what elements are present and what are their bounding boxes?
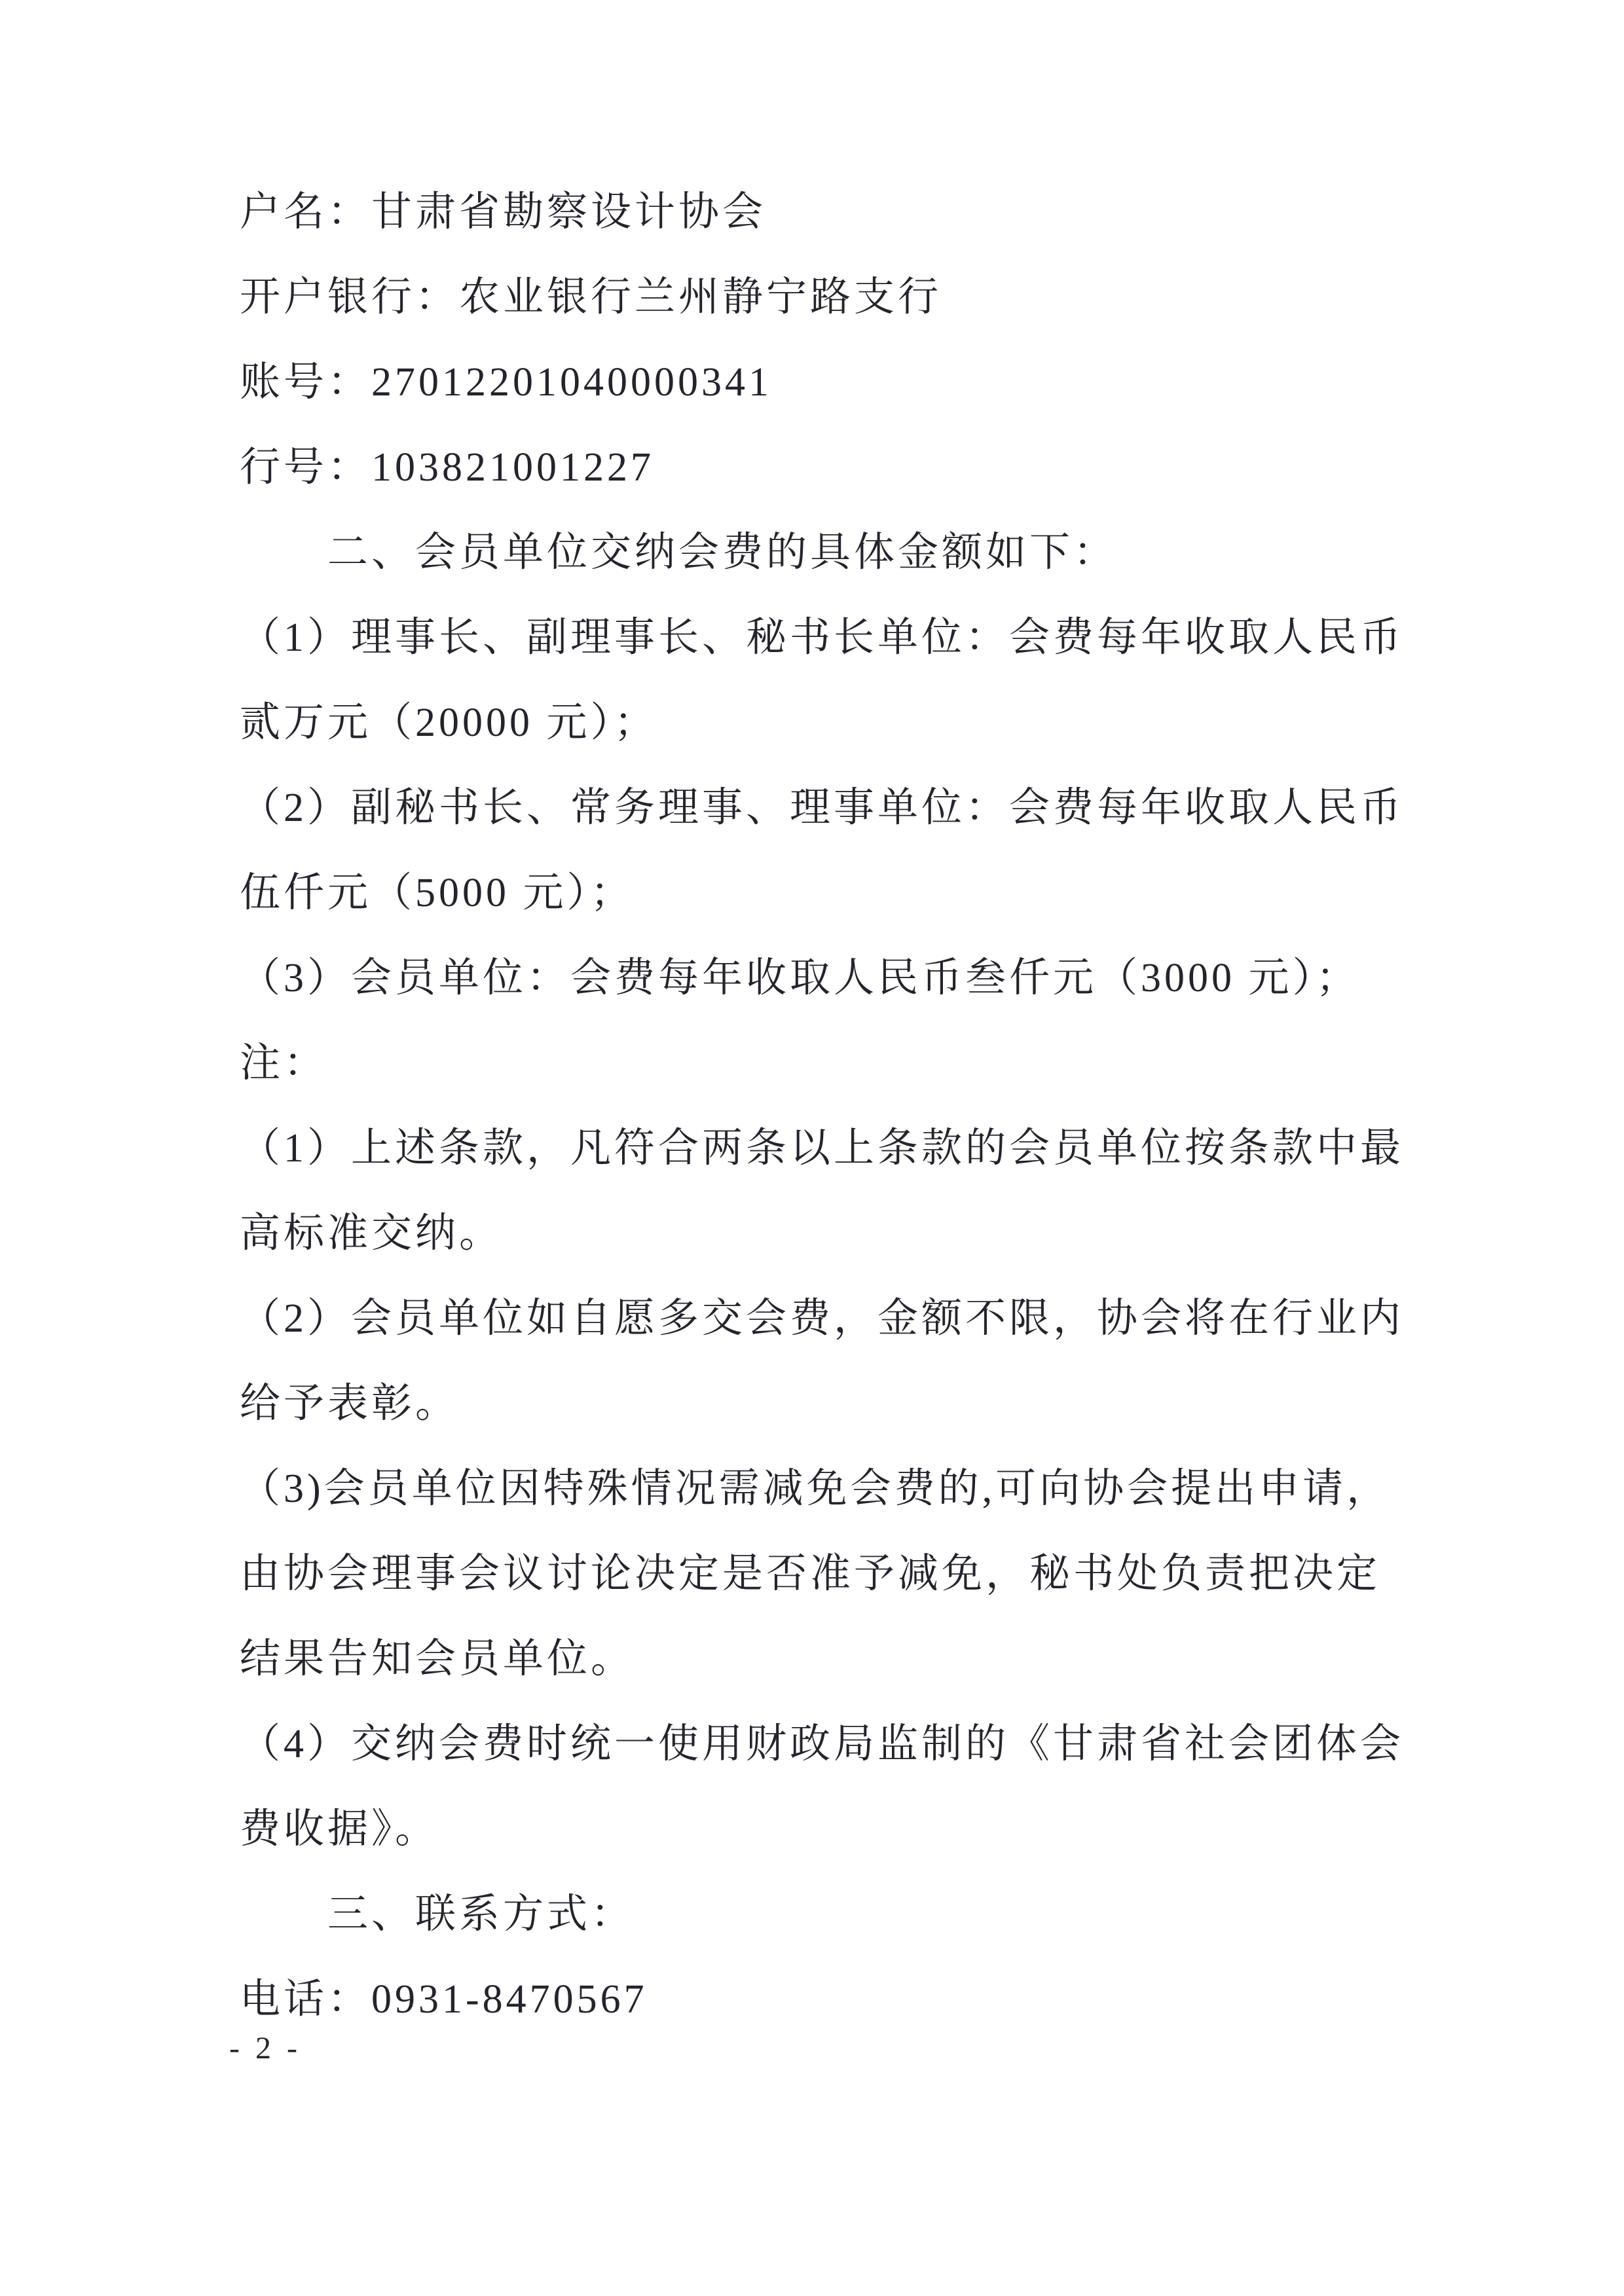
note-4-line-1: （4）交纳会费时统一使用财政局监制的《甘肃省社会团体会 — [240, 1697, 1532, 1782]
note-3-line-1: （3)会员单位因特殊情况需减免会费的,可向协会提出申请， — [240, 1442, 1532, 1527]
note-3-line-2: 由协会理事会议讨论决定是否准予减免，秘书处负责把决定 — [240, 1527, 1532, 1612]
note-1-line-2: 高标准交纳。 — [240, 1186, 1532, 1271]
section-3-heading: 三、联系方式： — [240, 1867, 1532, 1952]
bank-code-line: 行号：103821001227 — [240, 420, 1532, 505]
note-1-line-1: （1）上述条款，凡符合两条以上条款的会员单位按条款中最 — [240, 1101, 1532, 1186]
document-page-body: 户名：甘肃省勘察设计协会 开户银行：农业银行兰州静宁路支行 账号：2701220… — [240, 165, 1532, 2037]
section-2-heading: 二、会员单位交纳会费的具体金额如下： — [240, 505, 1532, 591]
bank-name-line: 开户银行：农业银行兰州静宁路支行 — [240, 250, 1532, 335]
account-number-line: 账号：27012201040000341 — [240, 335, 1532, 420]
note-2-line-2: 给予表彰。 — [240, 1357, 1532, 1442]
note-3-line-3: 结果告知会员单位。 — [240, 1612, 1532, 1697]
note-2-line-1: （2）会员单位如自愿多交会费，金额不限，协会将在行业内 — [240, 1271, 1532, 1357]
fee-item-2-line-2: 伍仟元（5000 元）； — [240, 846, 1532, 931]
fee-item-3-line: （3）会员单位：会费每年收取人民币叁仟元（3000 元）； — [240, 931, 1532, 1016]
note-4-line-2: 费收据》。 — [240, 1782, 1532, 1867]
phone-line: 电话：0931-8470567 — [240, 1952, 1532, 2037]
fee-item-2-line-1: （2）副秘书长、常务理事、理事单位：会费每年收取人民币 — [240, 761, 1532, 846]
page-number: - 2 - — [229, 2015, 301, 2081]
fee-item-1-line-2: 贰万元（20000 元）； — [240, 676, 1532, 761]
fee-item-1-line-1: （1）理事长、副理事长、秘书长单位：会费每年收取人民币 — [240, 591, 1532, 676]
notes-label: 注： — [240, 1016, 1532, 1101]
account-name-line: 户名：甘肃省勘察设计协会 — [240, 165, 1532, 250]
